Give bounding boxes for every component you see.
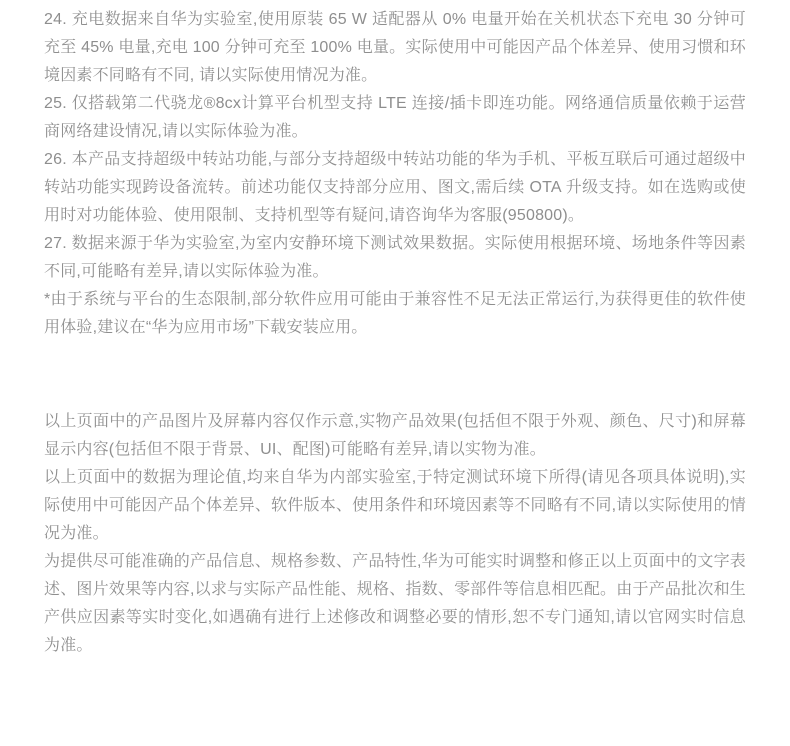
product-disclaimer-page: 24. 充电数据来自华为实验室,使用原装 65 W 适配器从 0% 电量开始在关… [0, 0, 790, 746]
page-content: 24. 充电数据来自华为实验室,使用原装 65 W 适配器从 0% 电量开始在关… [0, 0, 790, 660]
footnote-item-27: 27. 数据来源于华为实验室,为室内安静环境下测试效果数据。实际使用根据环境、场… [44, 230, 746, 286]
footnote-item-26: 26. 本产品支持超级中转站功能,与部分支持超级中转站功能的华为手机、平板互联后… [44, 146, 746, 230]
footnote-item-24: 24. 充电数据来自华为实验室,使用原装 65 W 适配器从 0% 电量开始在关… [44, 6, 746, 90]
disclaimer-paragraph-images: 以上页面中的产品图片及屏幕内容仅作示意,实物产品效果(包括但不限于外观、颜色、尺… [44, 408, 746, 464]
footnotes-section: 24. 充电数据来自华为实验室,使用原装 65 W 适配器从 0% 电量开始在关… [44, 6, 746, 342]
disclaimer-paragraph-lab-data: 以上页面中的数据为理论值,均来自华为内部实验室,于特定测试环境下所得(请见各项具… [44, 464, 746, 548]
legal-disclaimer-section: 以上页面中的产品图片及屏幕内容仅作示意,实物产品效果(包括但不限于外观、颜色、尺… [44, 408, 746, 660]
footnote-item-25: 25. 仅搭载第二代骁龙®8cx计算平台机型支持 LTE 连接/插卡即连功能。网… [44, 90, 746, 146]
footnote-asterisk-note: *由于系统与平台的生态限制,部分软件应用可能由于兼容性不足无法正常运行,为获得更… [44, 286, 746, 342]
disclaimer-paragraph-spec-changes: 为提供尽可能准确的产品信息、规格参数、产品特性,华为可能实时调整和修正以上页面中… [44, 548, 746, 660]
